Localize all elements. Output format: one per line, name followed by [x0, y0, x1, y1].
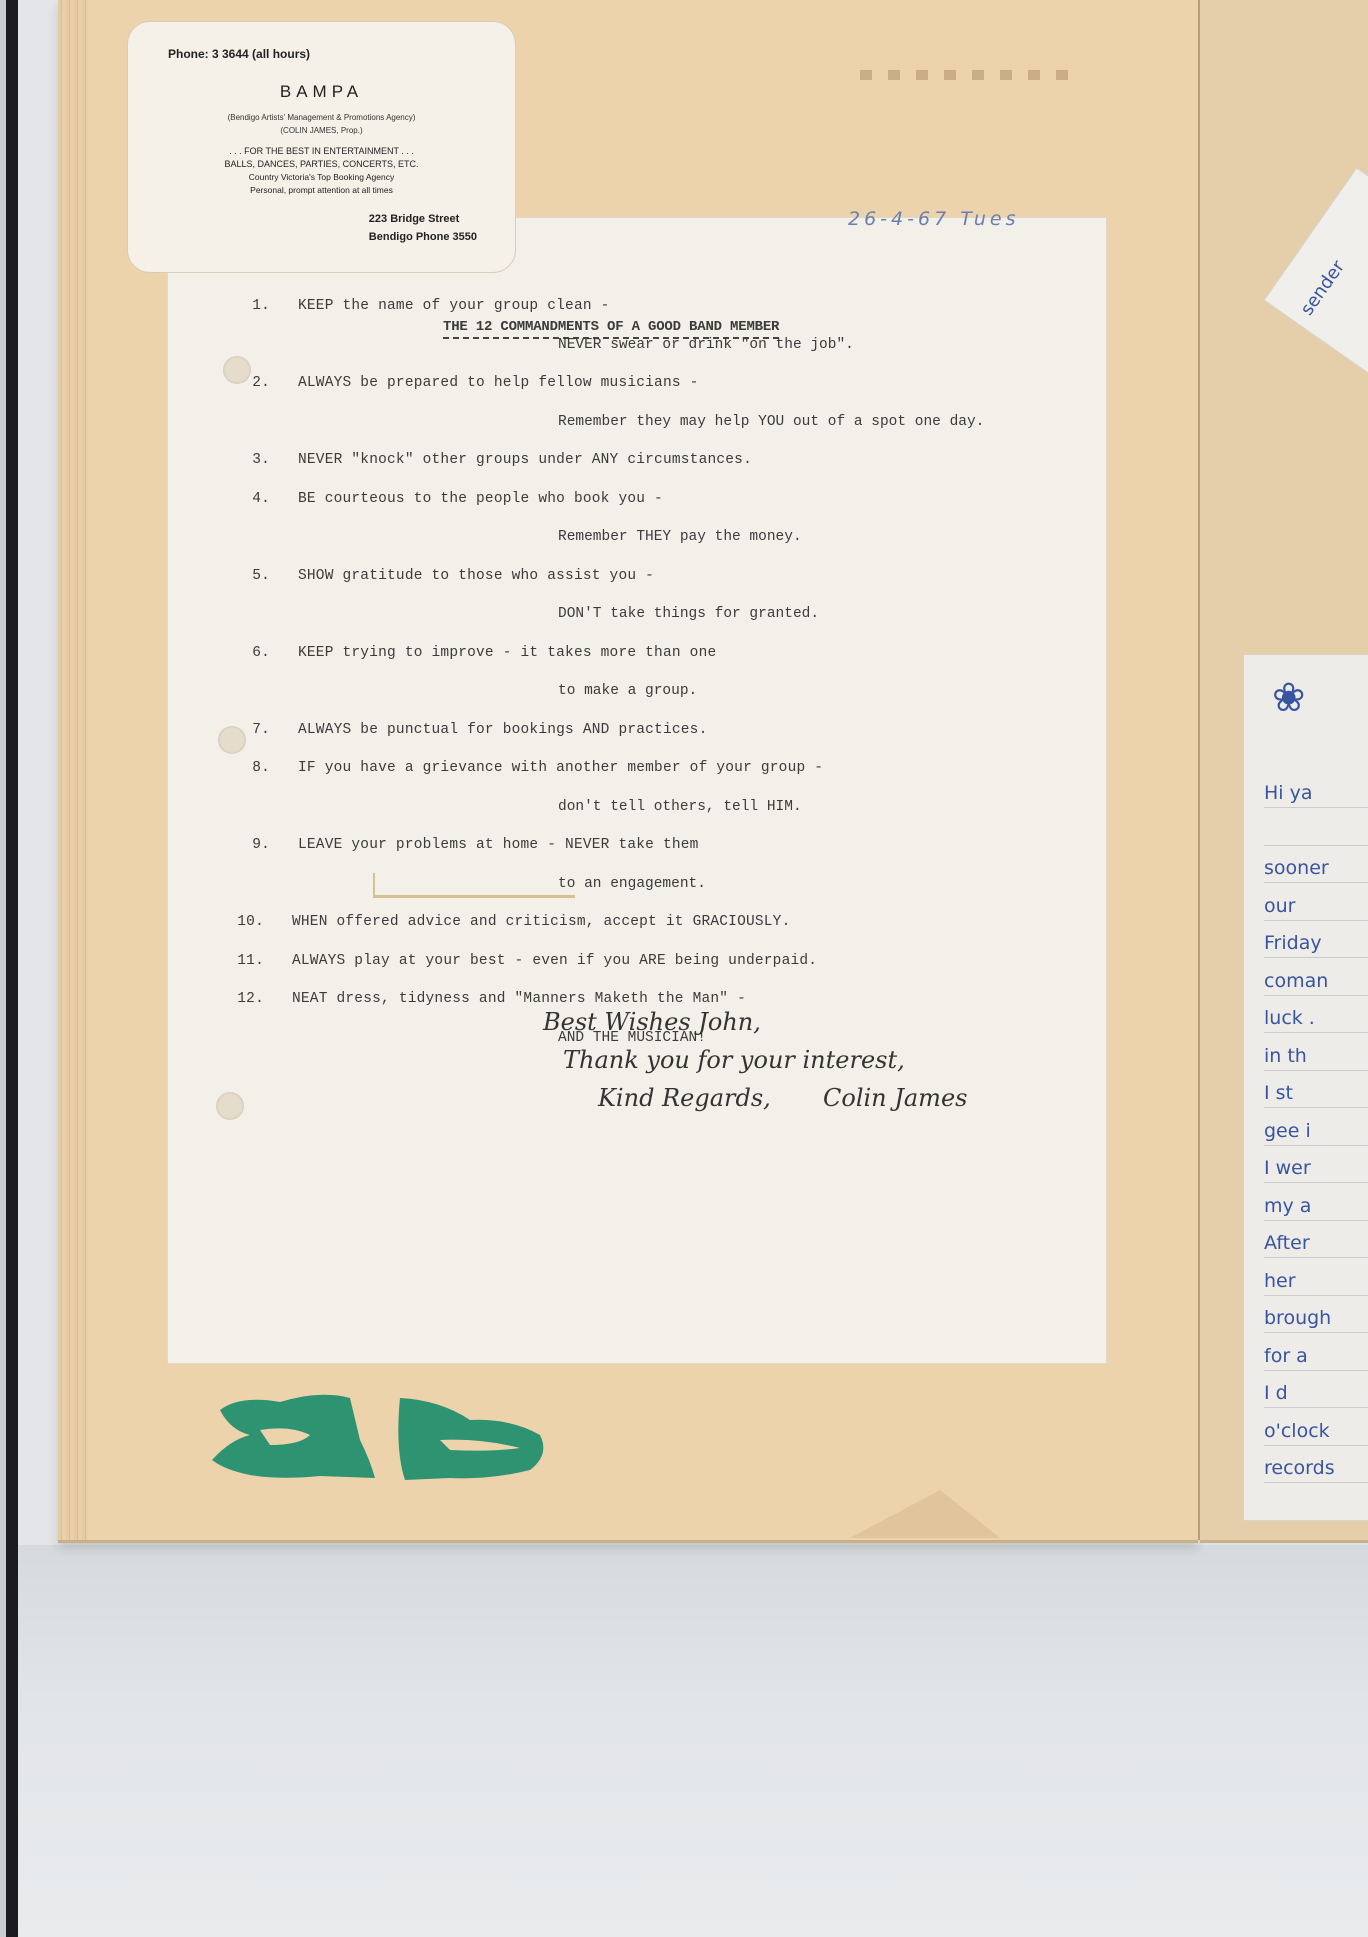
- scanner-bed: [18, 1545, 1368, 1937]
- punch-hole: [216, 1092, 244, 1120]
- folded-page-corner: [850, 1490, 1000, 1538]
- rule-text: LEAVE your problems at home - NEVER take…: [298, 837, 699, 853]
- letter-line: coman: [1264, 961, 1368, 996]
- rule-text: NEAT dress, tidyness and "Manners Maketh…: [292, 991, 746, 1007]
- rule-item: 9.LEAVE your problems at home - NEVER ta…: [214, 837, 699, 853]
- rule-number: 8.: [214, 760, 270, 776]
- letter-line: brough: [1264, 1298, 1368, 1333]
- rule-number: 6.: [214, 645, 270, 661]
- rule-text: ALWAYS play at your best - even if you A…: [292, 953, 817, 969]
- sender-note-text: sender: [1296, 257, 1349, 320]
- scanner-bar: [6, 0, 18, 1937]
- page-stack-edge: [58, 0, 88, 1540]
- rule-number: 12.: [208, 991, 264, 1007]
- rule-number: 10.: [208, 914, 264, 930]
- rule-continuation: to make a group.: [558, 683, 697, 699]
- letter-line: in th: [1264, 1036, 1368, 1071]
- card-tagline: . . . FOR THE BEST IN ENTERTAINMENT . . …: [128, 146, 515, 156]
- rule-number: 2.: [214, 375, 270, 391]
- card-services: BALLS, DANCES, PARTIES, CONCERTS, ETC.: [128, 159, 515, 169]
- signoff-line-3: Kind Regards,: [598, 1084, 771, 1112]
- rule-continuation: NEVER swear or drink "on the job".: [558, 337, 854, 353]
- rule-text: BE courteous to the people who book you …: [298, 491, 663, 507]
- rule-number: 5.: [214, 568, 270, 584]
- letter-line: [1264, 811, 1368, 846]
- rule-item: 11.ALWAYS play at your best - even if yo…: [208, 953, 817, 969]
- rule-text: KEEP the name of your group clean -: [298, 298, 610, 314]
- commandments-sheet: 26-4-67 Tues THE 12 COMMANDMENTS OF A GO…: [168, 218, 1106, 1363]
- stain: [860, 70, 1070, 80]
- tape-stain: [373, 873, 575, 898]
- rule-item: 3.NEVER "knock" other groups under ANY c…: [214, 452, 752, 468]
- letter-line: After: [1264, 1223, 1368, 1258]
- letter-line: luck .: [1264, 998, 1368, 1033]
- letter-line: her: [1264, 1261, 1368, 1296]
- rule-text: ALWAYS be punctual for bookings AND prac…: [298, 722, 707, 738]
- rule-number: 4.: [214, 491, 270, 507]
- rule-item: 1.KEEP the name of your group clean -: [214, 298, 610, 314]
- card-address-line-2: Bendigo Phone 3550: [369, 228, 477, 246]
- rule-continuation: Remember they may help YOU out of a spot…: [558, 414, 984, 430]
- card-claim: Country Victoria's Top Booking Agency: [128, 172, 515, 182]
- business-card: Phone: 3 3644 (all hours) BAMPA (Bendigo…: [128, 22, 515, 272]
- handwritten-letter: ❀ Hi yasoonerourFridaycomanluck .in thI …: [1244, 655, 1368, 1520]
- rule-item: 4.BE courteous to the people who book yo…: [214, 491, 663, 507]
- rule-number: 1.: [214, 298, 270, 314]
- card-phone: Phone: 3 3644 (all hours): [168, 47, 310, 61]
- signoff-line-2: Thank you for your interest,: [563, 1046, 905, 1074]
- letter-line: records: [1264, 1448, 1368, 1483]
- rule-item: 6.KEEP trying to improve - it takes more…: [214, 645, 716, 661]
- rule-number: 7.: [214, 722, 270, 738]
- rule-continuation: Remember THEY pay the money.: [558, 529, 802, 545]
- letter-line: I wer: [1264, 1148, 1368, 1183]
- rule-text: WHEN offered advice and criticism, accep…: [292, 914, 790, 930]
- rule-item: 12.NEAT dress, tidyness and "Manners Mak…: [208, 991, 746, 1007]
- rule-number: 3.: [214, 452, 270, 468]
- letter-line: our: [1264, 886, 1368, 921]
- letter-line: o'clock: [1264, 1411, 1368, 1446]
- letter-line: for a: [1264, 1336, 1368, 1371]
- letter-line: I d: [1264, 1373, 1368, 1408]
- rule-item: 2.ALWAYS be prepared to help fellow musi…: [214, 375, 699, 391]
- handwritten-date: 26-4-67 Tues: [848, 208, 1020, 230]
- rule-text: NEVER "knock" other groups under ANY cir…: [298, 452, 752, 468]
- rule-continuation: to an engagement.: [558, 876, 706, 892]
- signoff-line-1: Best Wishes John,: [543, 1008, 761, 1036]
- card-address: 223 Bridge Street Bendigo Phone 3550: [369, 210, 477, 246]
- rule-text: IF you have a grievance with another mem…: [298, 760, 823, 776]
- card-address-line-1: 223 Bridge Street: [369, 210, 477, 228]
- rule-item: 5.SHOW gratitude to those who assist you…: [214, 568, 654, 584]
- rule-continuation: DON'T take things for granted.: [558, 606, 819, 622]
- rule-item: 7.ALWAYS be punctual for bookings AND pr…: [214, 722, 707, 738]
- letter-line: Friday: [1264, 923, 1368, 958]
- card-promise: Personal, prompt attention at all times: [128, 185, 515, 195]
- letter-line: sooner: [1264, 848, 1368, 883]
- rule-text: ALWAYS be prepared to help fellow musici…: [298, 375, 699, 391]
- card-proprietor: (COLIN JAMES, Prop.): [128, 126, 515, 135]
- rule-continuation: don't tell others, tell HIM.: [558, 799, 802, 815]
- letter-line: gee i: [1264, 1111, 1368, 1146]
- signature: Colin James: [823, 1084, 967, 1112]
- rule-item: 8.IF you have a grievance with another m…: [214, 760, 823, 776]
- rule-number: 9.: [214, 837, 270, 853]
- card-company-name: BAMPA: [128, 82, 515, 102]
- rose-icon: ❀: [1272, 675, 1306, 721]
- letter-line: my a: [1264, 1186, 1368, 1221]
- green-paint-smudge: [210, 1390, 545, 1485]
- rule-text: SHOW gratitude to those who assist you -: [298, 568, 654, 584]
- letter-line: Hi ya: [1264, 773, 1368, 808]
- letter-line: I st: [1264, 1073, 1368, 1108]
- rule-number: 11.: [208, 953, 264, 969]
- rule-item: 10.WHEN offered advice and criticism, ac…: [208, 914, 790, 930]
- rule-text: KEEP trying to improve - it takes more t…: [298, 645, 716, 661]
- card-subtitle: (Bendigo Artists' Management & Promotion…: [128, 113, 515, 122]
